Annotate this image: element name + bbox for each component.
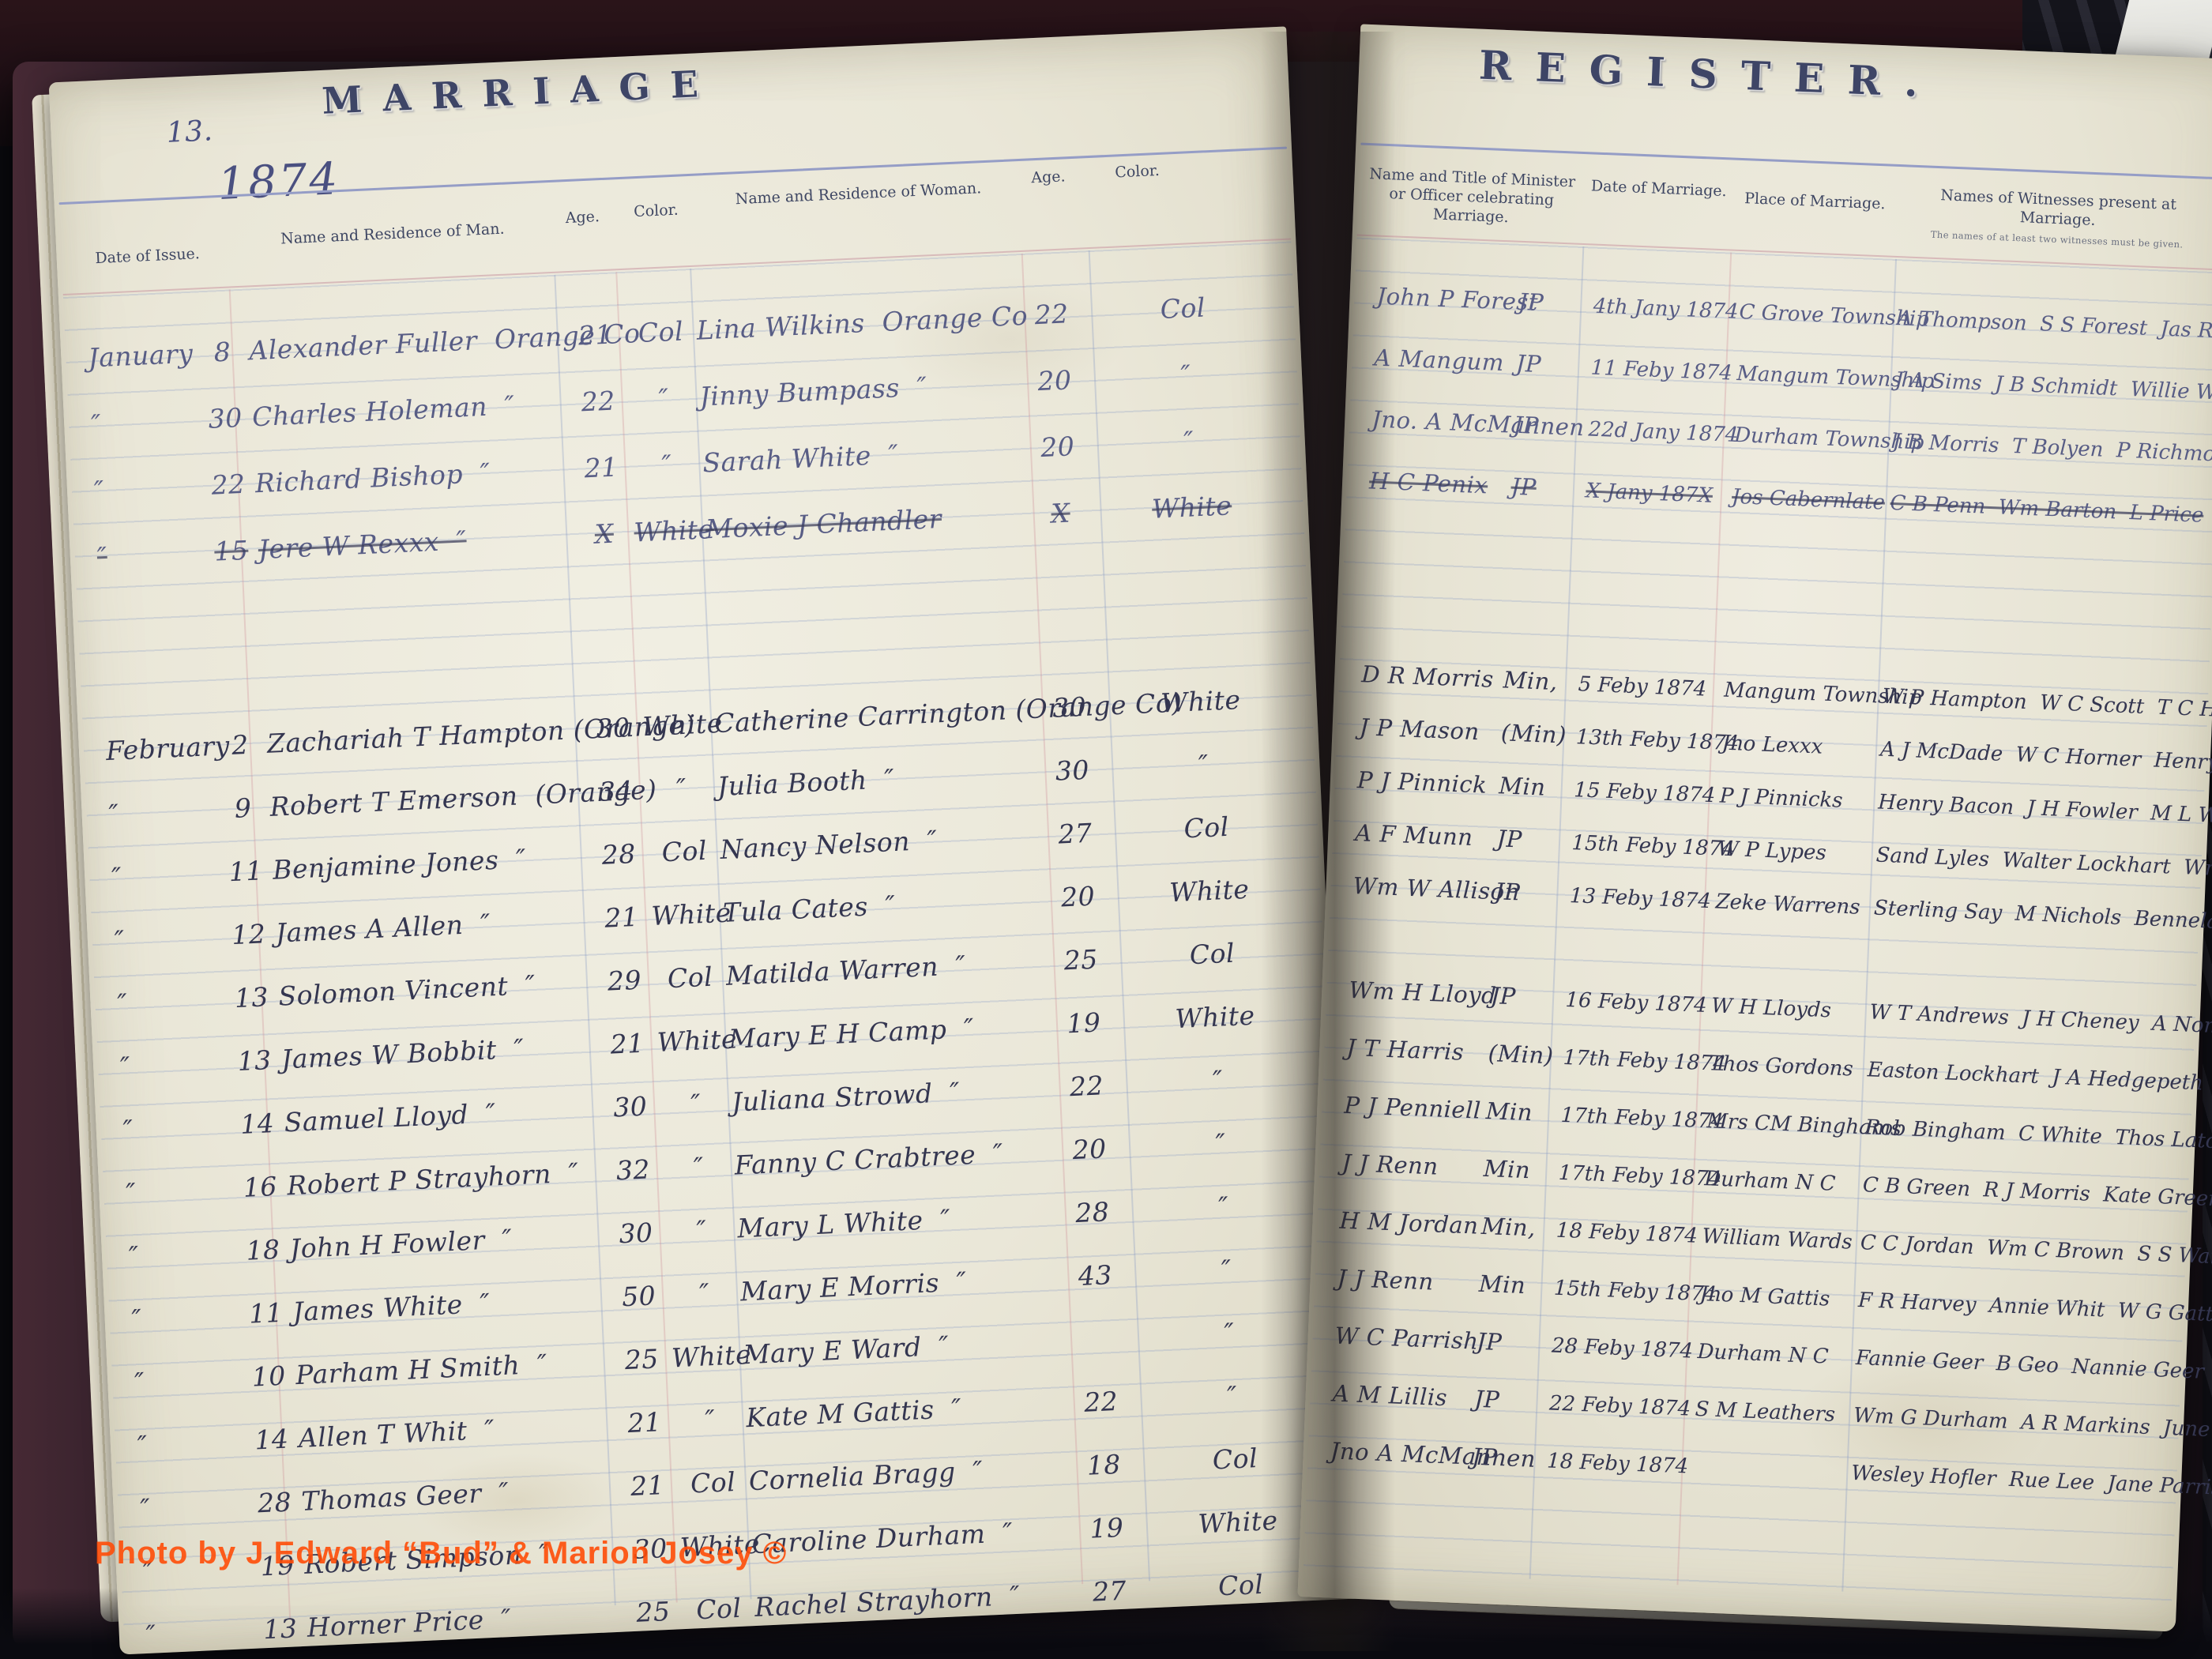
- month-cell: ″: [90, 404, 199, 439]
- man-age-cell: 21: [614, 1405, 675, 1439]
- man-color-cell: Col: [624, 315, 697, 349]
- minister-title-cell: (Min): [1488, 1040, 1563, 1070]
- minister-cell: A F Munn: [1355, 819, 1498, 852]
- man-age-cell: 22: [568, 385, 629, 418]
- photo-credit-watermark: Photo by J Edward “Bud” & Marion Josey ©: [95, 1536, 787, 1571]
- woman-age-cell: 20: [1044, 880, 1112, 914]
- minister-title-cell: JP: [1494, 878, 1570, 908]
- minister-cell: J J Renn: [1337, 1265, 1480, 1297]
- minister-cell: W C Parrish: [1334, 1322, 1477, 1355]
- month-cell: ″: [126, 1172, 235, 1208]
- header-witnesses: Names of Witnesses present at Marriage. …: [1901, 185, 2212, 251]
- header-man: Name and Residence of Man.: [232, 218, 552, 251]
- woman-age-cell: 20: [1056, 1132, 1123, 1166]
- man-color-cell: Col: [648, 834, 720, 868]
- month-cell: ″: [117, 984, 226, 1019]
- man-color-cell: ″: [627, 382, 700, 416]
- day-cell: 16: [233, 1170, 288, 1203]
- january-entries: January 8 Alexander Fuller Orange Co 21 …: [86, 253, 1292, 572]
- minister-title-cell: JP: [1476, 1328, 1552, 1358]
- day-cell: 13: [227, 1044, 282, 1078]
- minister-cell: P J Penniell: [1344, 1092, 1487, 1124]
- month-cell: ″: [145, 1615, 254, 1650]
- woman-age-cell: 27: [1076, 1574, 1143, 1608]
- header-minister: Name and Title of Minister or Officer ce…: [1362, 165, 1582, 230]
- minister-cell: P J Pinnick: [1356, 766, 1499, 799]
- day-cell: 14: [244, 1423, 299, 1456]
- man-color-cell: Col: [683, 1592, 755, 1626]
- woman-age-cell: 30: [1036, 690, 1103, 724]
- day-cell: 10: [241, 1360, 296, 1393]
- minister-title-cell: Min,: [1480, 1213, 1556, 1243]
- register-page: REGISTER. Name and Title of Minister or …: [1297, 24, 2212, 1631]
- minister-cell: Jno A McMannen: [1330, 1437, 1473, 1469]
- man-color-cell: ″: [668, 1276, 741, 1310]
- man-color-cell: ″: [662, 1150, 735, 1184]
- woman-age-cell: 22: [1067, 1385, 1134, 1419]
- minister-title-cell: JP: [1515, 350, 1591, 380]
- minister-title-cell: Min: [1478, 1270, 1554, 1300]
- woman-age-cell: 22: [1018, 297, 1085, 331]
- minister-cell: J T Harris: [1346, 1034, 1489, 1066]
- man-color-cell: ″: [630, 448, 703, 482]
- woman-age-cell: 19: [1050, 1006, 1117, 1040]
- man-age-cell: 30: [600, 1090, 660, 1123]
- man-age-cell: 28: [589, 837, 649, 871]
- day-cell: 30: [197, 401, 253, 434]
- man-age-cell: 21: [597, 1027, 658, 1060]
- minister-title-cell: JP: [1496, 825, 1572, 855]
- man-age-cell: 25: [623, 1595, 683, 1628]
- man-age-cell: 34: [585, 774, 646, 807]
- minister-title-cell: Min: [1483, 1155, 1559, 1185]
- month-cell: ″: [93, 470, 202, 506]
- header-man-color: Color.: [613, 200, 700, 223]
- marriage-page: 13. 1874 MARRIAGE Date of Issue. Name an…: [49, 26, 1358, 1654]
- february-entries: February 2 Zachariah T Hampton (Orange) …: [103, 649, 1340, 1650]
- woman-age-cell: 30: [1039, 754, 1106, 788]
- man-age-cell: 21: [565, 318, 626, 352]
- day-cell: 18: [235, 1233, 291, 1266]
- man-age-cell: X: [574, 517, 634, 551]
- day-cell: 13: [224, 981, 280, 1014]
- minister-cell: J J Renn: [1341, 1149, 1484, 1182]
- header-man-age: Age.: [545, 207, 619, 229]
- month-cell: ″: [140, 1488, 249, 1524]
- day-cell: 9: [216, 792, 271, 825]
- minister-cell: Wm H Lloyd: [1349, 976, 1492, 1009]
- header-woman-age: Age.: [1011, 167, 1085, 189]
- man-color-cell: White: [656, 1024, 729, 1058]
- minister-cell: J P Mason: [1359, 713, 1502, 746]
- header-witnesses-note: The names of at least two witnesses must…: [1901, 228, 2212, 251]
- february-register-entries-a: D R Morris Min, 5 Feby 1874 Mangum Towns…: [1352, 634, 2197, 932]
- man-color-cell: White: [642, 708, 715, 742]
- minister-cell: A M Lillis: [1332, 1379, 1475, 1412]
- man-age-cell: 30: [605, 1217, 666, 1250]
- month-cell: ″: [108, 794, 217, 829]
- minister-cell: Jno. A McMannen: [1371, 405, 1514, 438]
- day-cell: 2: [213, 728, 268, 762]
- man-color-cell: ″: [674, 1402, 747, 1436]
- minister-cell: John P Forest: [1376, 283, 1519, 315]
- day-cell: 28: [247, 1486, 303, 1519]
- minister-title-cell: Min,: [1503, 666, 1578, 696]
- man-color-cell: White: [651, 897, 724, 931]
- woman-age-cell: 43: [1062, 1258, 1129, 1292]
- minister-title-cell: JP: [1474, 1386, 1550, 1416]
- minister-cell: Wm W Allison: [1352, 872, 1495, 905]
- minister-title-cell: JP: [1472, 1443, 1548, 1473]
- woman-age-cell: 27: [1042, 817, 1109, 851]
- man-age-cell: 21: [617, 1469, 678, 1502]
- man-color-cell: White: [671, 1339, 743, 1373]
- january-register-entries: John P Forest JP 4th Jany 1874 C Grove T…: [1369, 248, 2212, 528]
- minister-title-cell: JP: [1513, 412, 1589, 442]
- woman-age-cell: 20: [1024, 430, 1091, 464]
- man-age-cell: 50: [608, 1280, 669, 1313]
- header-woman-color: Color.: [1091, 161, 1184, 184]
- page-title-register: REGISTER.: [1358, 36, 2062, 111]
- minister-title-cell: Min: [1485, 1097, 1561, 1127]
- day-cell: 8: [195, 335, 250, 368]
- man-age-cell: 32: [603, 1153, 664, 1187]
- month-cell: ″: [134, 1362, 243, 1398]
- day-cell: 14: [230, 1107, 285, 1140]
- minister-title-cell: JP: [1510, 473, 1586, 503]
- woman-age-cell: 25: [1048, 943, 1115, 977]
- month-cell: January: [88, 338, 197, 374]
- header-woman: Name and Residence of Woman.: [698, 178, 1018, 211]
- minister-cell: H C Penix: [1369, 467, 1512, 499]
- month-cell: ″: [131, 1299, 240, 1334]
- day-cell: 11: [239, 1296, 294, 1330]
- month-cell: ″: [137, 1425, 246, 1461]
- man-age-cell: 30: [582, 711, 643, 744]
- man-color-cell: Col: [676, 1465, 749, 1499]
- header-date-of-issue: Date of Issue.: [73, 244, 222, 269]
- register-book-photo: 13. 1874 MARRIAGE Date of Issue. Name an…: [0, 0, 2212, 1659]
- minister-cell: H M Jordan: [1339, 1207, 1482, 1240]
- man-color-cell: Col: [653, 961, 726, 995]
- man-color-cell: White: [634, 513, 706, 547]
- header-date-of-marriage: Date of Marriage.: [1589, 177, 1729, 201]
- header-witnesses-label: Names of Witnesses present at Marriage.: [1940, 186, 2176, 229]
- month-cell: ″: [114, 920, 223, 956]
- minister-title-cell: (Min): [1500, 719, 1576, 749]
- woman-age-cell: 20: [1021, 363, 1089, 397]
- month-cell: ″: [128, 1236, 237, 1271]
- minister-title-cell: JP: [1490, 982, 1566, 1012]
- day-cell: 11: [218, 855, 273, 888]
- man-color-cell: ″: [660, 1087, 732, 1121]
- man-age-cell: 21: [591, 901, 652, 934]
- day-cell: 22: [201, 468, 256, 501]
- woman-age-cell: X: [1027, 496, 1094, 530]
- woman-age-cell: 18: [1070, 1448, 1138, 1482]
- february-register-entries-b: Wm H Lloyd JP 16 Feby 1874 W H Lloyds W …: [1330, 946, 2184, 1498]
- minister-title-cell: JP: [1518, 288, 1593, 318]
- day-cell: 15: [204, 534, 259, 567]
- man-age-cell: 25: [611, 1343, 672, 1376]
- woman-age-cell: 19: [1073, 1511, 1140, 1545]
- day-cell: 12: [221, 918, 276, 951]
- month-cell: ″: [111, 857, 220, 893]
- man-color-cell: ″: [645, 771, 718, 805]
- month-cell: ″: [96, 536, 205, 572]
- woman-age-cell: 22: [1053, 1069, 1120, 1103]
- minister-cell: D R Morris: [1361, 660, 1504, 693]
- day-cell: 13: [253, 1612, 308, 1646]
- man-color-cell: ″: [665, 1213, 738, 1247]
- man-age-cell: 29: [594, 964, 655, 997]
- month-cell: February: [105, 731, 214, 766]
- month-cell: ″: [122, 1110, 231, 1145]
- man-age-cell: 21: [570, 451, 631, 484]
- minister-cell: A Mangum: [1374, 344, 1517, 377]
- minister-title-cell: Min: [1499, 772, 1574, 802]
- month-cell: ″: [119, 1047, 228, 1082]
- header-place-of-marriage: Place of Marriage.: [1736, 190, 1894, 215]
- woman-age-cell: 28: [1059, 1195, 1126, 1229]
